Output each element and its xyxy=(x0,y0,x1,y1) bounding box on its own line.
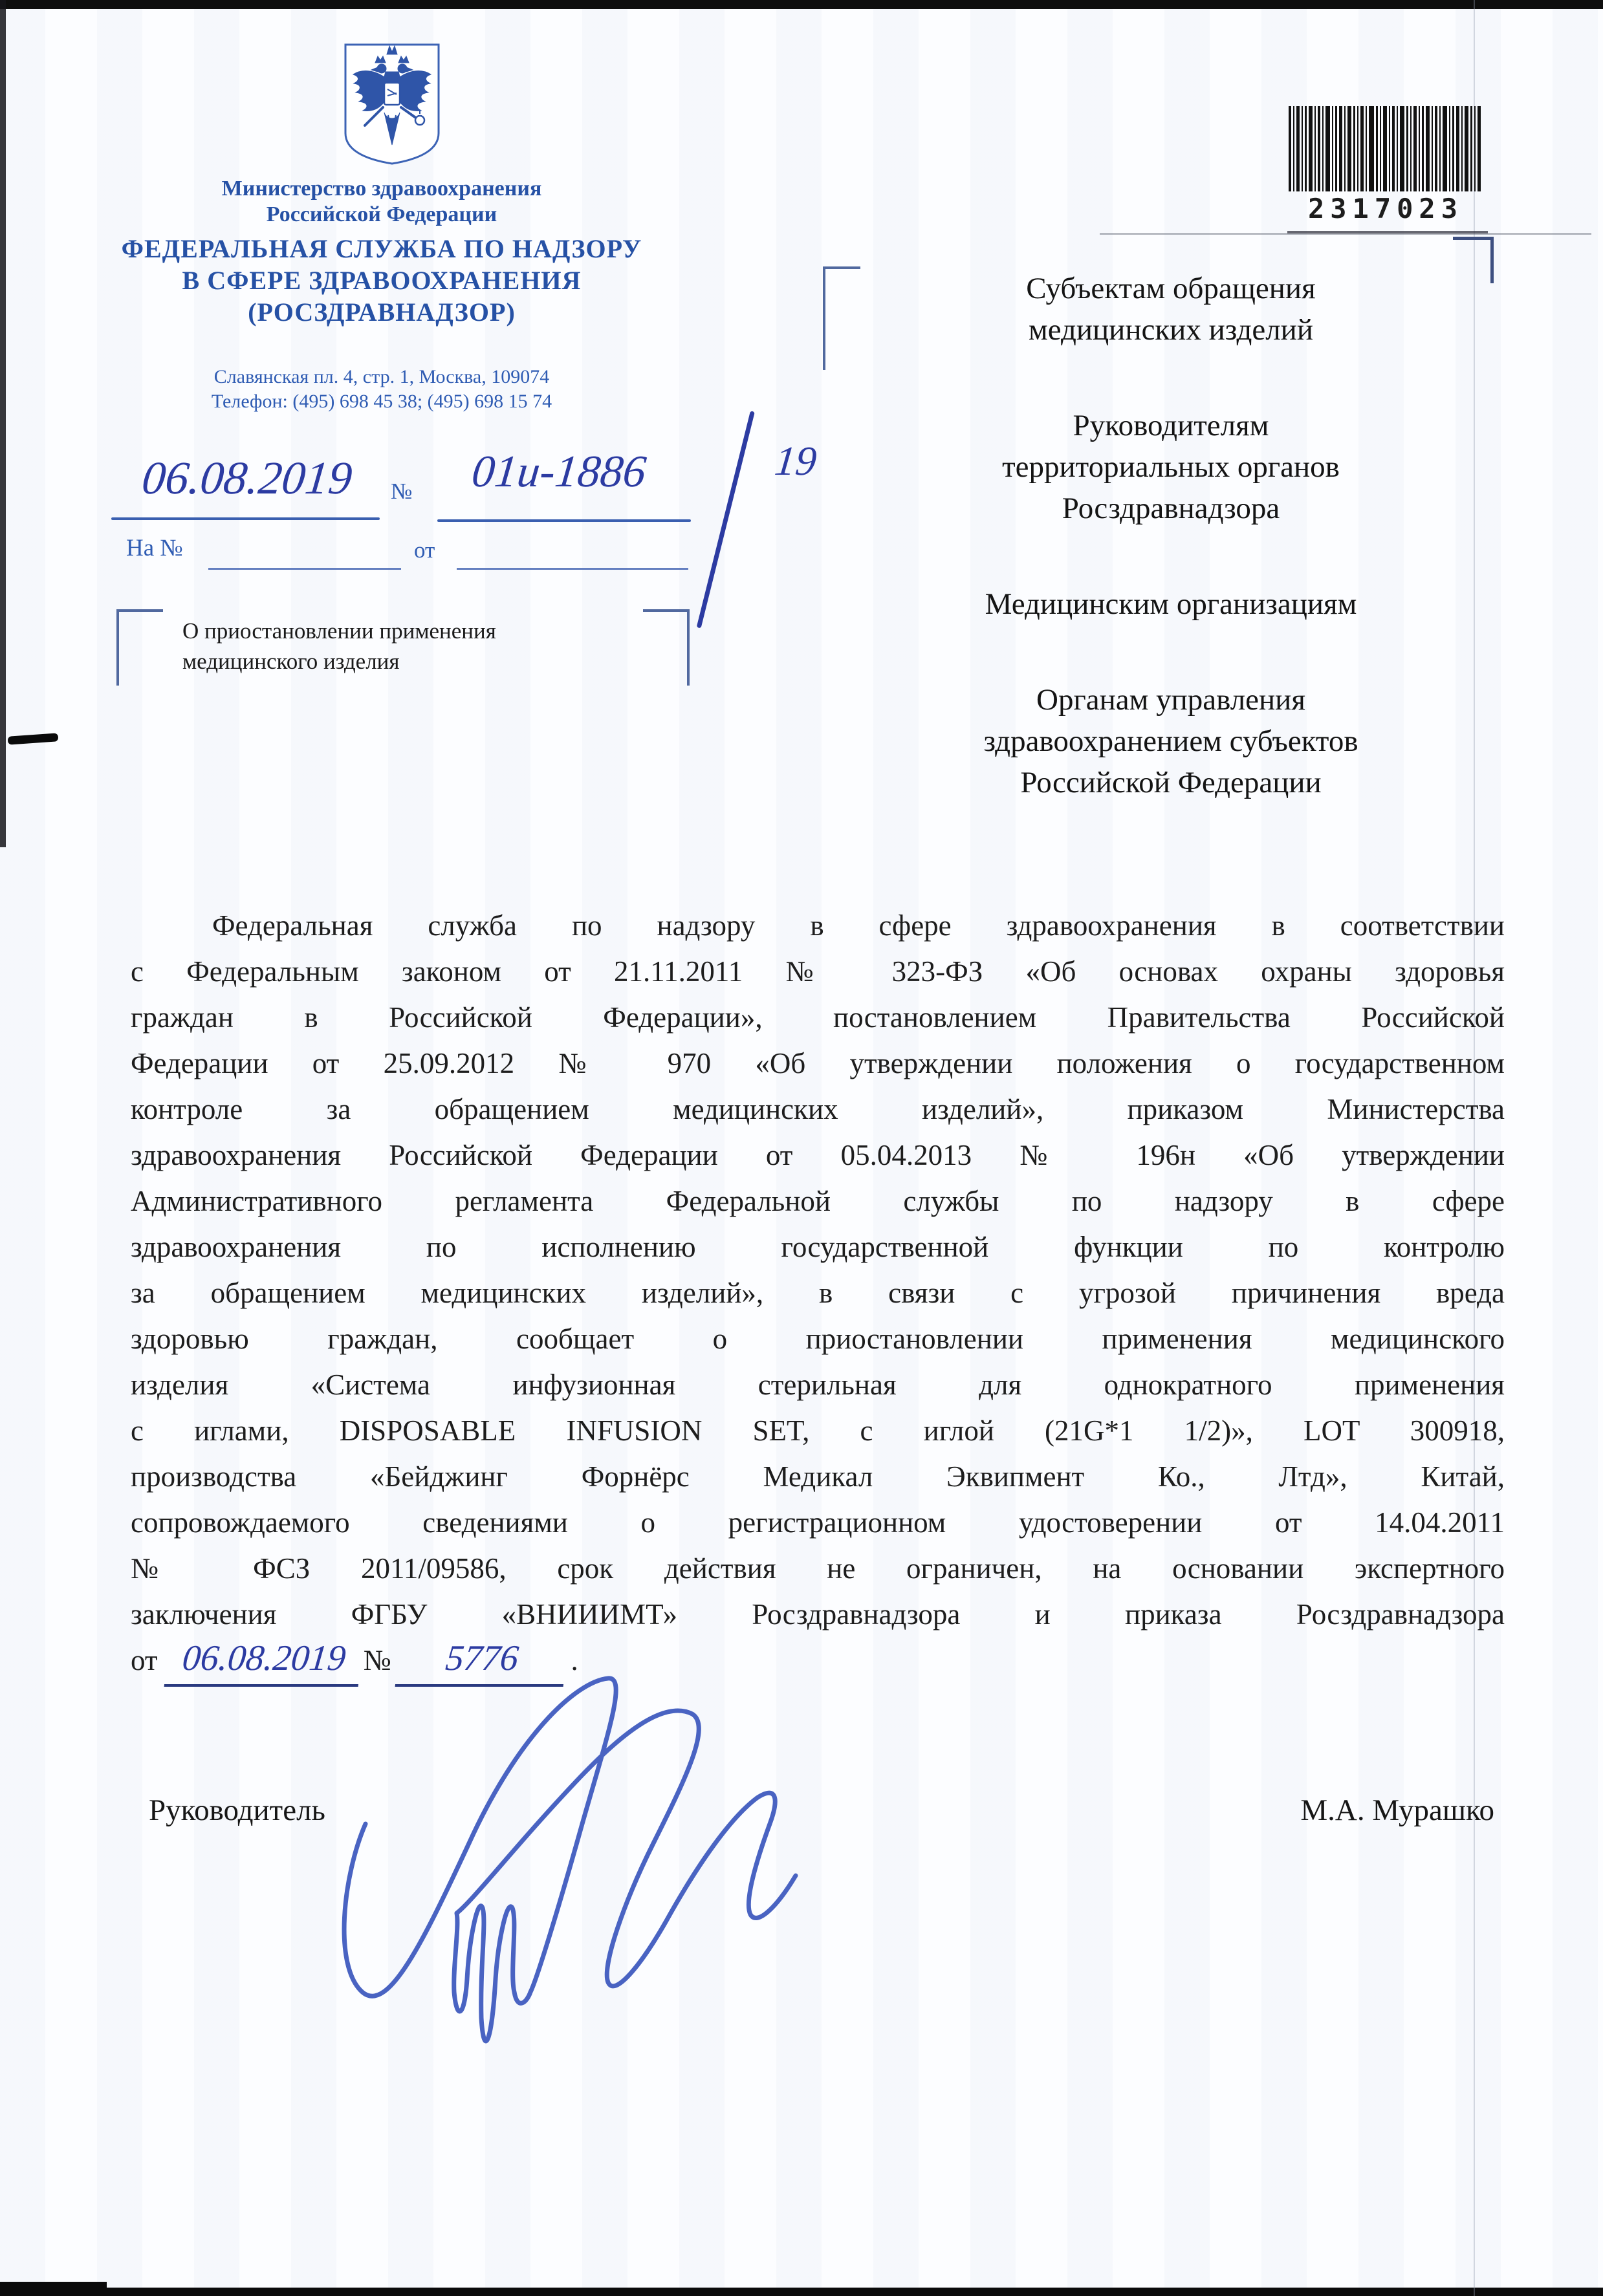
closing-prefix: от xyxy=(131,1644,158,1676)
reply-ref-label: На № xyxy=(126,534,183,562)
reply-ref-line xyxy=(208,568,401,570)
outgoing-number-suffix-handwritten: 19 xyxy=(772,437,819,485)
ministry-name: Министерство здравоохранения Российской … xyxy=(97,176,666,228)
service-name: ФЕДЕРАЛЬНАЯ СЛУЖБА ПО НАДЗОРУ В СФЕРЕ ЗД… xyxy=(97,233,666,328)
corner-bracket-recipient-left-v xyxy=(823,266,825,370)
body-line: Федерации от 25.09.2012 № 970 «Об утверж… xyxy=(131,1041,1505,1087)
body-paragraph: Федеральная служба по надзору в сфере зд… xyxy=(131,903,1505,1638)
barcode-number: 2317023 xyxy=(1289,193,1483,224)
scan-artifact-left-strip xyxy=(0,0,6,847)
corner-bracket-recipient-right-v xyxy=(1490,237,1494,283)
corner-bracket-subject-left-h xyxy=(116,609,163,612)
barcode-underline xyxy=(1287,231,1488,233)
corner-bracket-subject-left-v xyxy=(116,609,119,686)
reply-from-label: от xyxy=(414,537,435,563)
subject-text: О приостановлении применения медицинског… xyxy=(182,616,596,677)
body-line: здоровью граждан, сообщает о приостановл… xyxy=(131,1316,1505,1362)
barcode: 2317023 xyxy=(1289,106,1483,229)
corner-bracket-subject-right-v xyxy=(687,609,690,686)
body-line: здравоохранения Российской Федерации от … xyxy=(131,1132,1505,1178)
outgoing-date-handwritten: 06.08.2019 xyxy=(109,451,386,505)
org-address: Славянская пл. 4, стр. 1, Москва, 109074 xyxy=(97,365,666,389)
outgoing-number-handwritten: 01и-1886 xyxy=(427,446,691,498)
body-line: здравоохранения по исполнению государств… xyxy=(131,1224,1505,1270)
org-phone: Телефон: (495) 698 45 38; (495) 698 15 7… xyxy=(97,389,666,414)
body-line: с иглами, DISPOSABLE INFUSION SET, с игл… xyxy=(131,1408,1505,1454)
document-page: Министерство здравоохранения Российской … xyxy=(0,0,1603,2296)
recipient-block: Медицинским организациям xyxy=(860,583,1481,625)
number-sign: № xyxy=(391,479,412,504)
corner-bracket-recipient-left-h xyxy=(823,266,860,269)
corner-bracket-subject-right-h xyxy=(643,609,690,612)
body-line: контроле за обращением медицинских издел… xyxy=(131,1087,1505,1132)
body-line: № ФСЗ 2011/09586, срок действия не огран… xyxy=(131,1546,1505,1592)
body-line: изделия «Система инфузионная стерильная … xyxy=(131,1362,1505,1408)
body-line: производства «Бейджинг Форнёрс Медикал Э… xyxy=(131,1454,1505,1500)
recipients-list: Субъектам обращения медицинских изделийР… xyxy=(860,268,1481,858)
handwritten-slash-mark xyxy=(697,411,755,628)
scan-artifact-dash xyxy=(8,733,59,744)
barcode-bars-icon xyxy=(1289,106,1483,191)
signer-name: М.А. Мурашко xyxy=(1203,1793,1494,1828)
body-line: за обращением медицинских изделий», в св… xyxy=(131,1270,1505,1316)
signer-title: Руководитель xyxy=(149,1793,325,1828)
body-line: с Федеральным законом от 21.11.2011 № 32… xyxy=(131,949,1505,995)
signature-stroke xyxy=(304,1630,899,2099)
outgoing-date-underline xyxy=(111,517,380,520)
scan-artifact-bottom-bar xyxy=(0,2288,1603,2296)
body-line: Административного регламента Федеральной… xyxy=(131,1178,1505,1224)
recipient-block: Органам управления здравоохранением субъ… xyxy=(860,679,1481,803)
outgoing-number-underline xyxy=(437,519,691,522)
russia-coat-of-arms-icon xyxy=(342,43,442,166)
body-line: граждан в Российской Федерации», постано… xyxy=(131,995,1505,1041)
reply-from-line xyxy=(457,568,688,570)
corner-bracket-recipient-right-h xyxy=(1453,237,1493,240)
body-line: Федеральная служба по надзору в сфере зд… xyxy=(131,903,1505,949)
scan-artifact-top-bar xyxy=(0,0,1603,9)
scan-artifact-bottom-chunk xyxy=(0,2282,107,2296)
recipient-block: Руководителям территориальных органов Ро… xyxy=(860,405,1481,529)
recipient-block: Субъектам обращения медицинских изделий xyxy=(860,268,1481,351)
body-line: сопровождаемого сведениями о регистрацио… xyxy=(131,1500,1505,1546)
